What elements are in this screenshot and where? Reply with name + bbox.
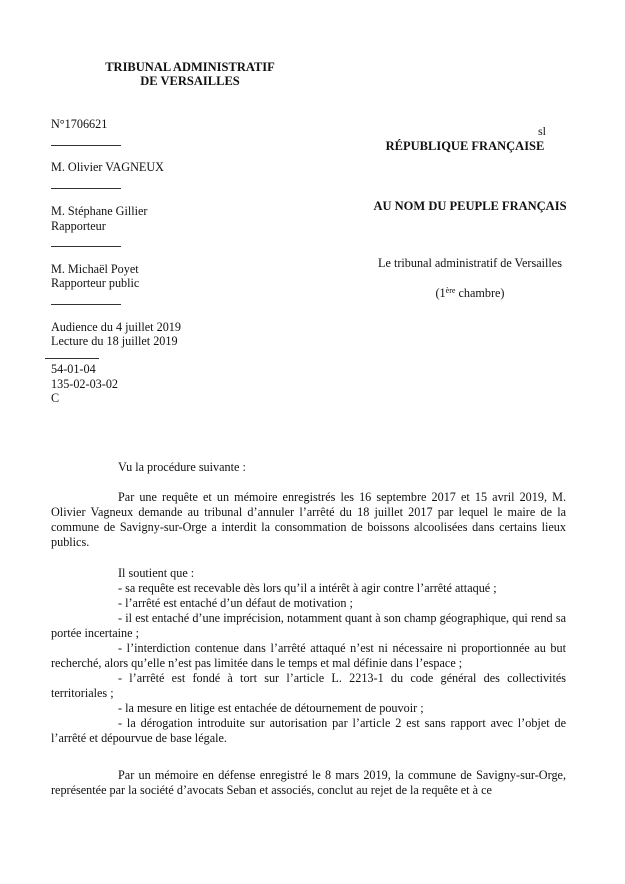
rapporteur-name: M. Stéphane Gillier — [51, 204, 147, 219]
classification-code-1: 54-01-04 — [51, 362, 96, 377]
claim-item: - l’interdiction contenue dans l’arrêté … — [51, 641, 566, 671]
claim-item: - la dérogation introduite sur autorisat… — [51, 716, 566, 746]
tribunal-name: Le tribunal administratif de Versailles — [340, 256, 600, 271]
claim-item: - la mesure en litige est entachée de dé… — [51, 701, 566, 716]
classification-code-2: 135-02-03-02 — [51, 377, 118, 392]
claim-item: - l’arrêté est fondé à tort sur l’articl… — [51, 671, 566, 701]
claims-intro: Il soutient que : — [51, 566, 566, 581]
claim-item: - il est entaché d’une imprécision, nota… — [51, 611, 566, 641]
court-name-line2: DE VERSAILLES — [60, 74, 320, 88]
request-paragraph: Par une requête et un mémoire enregistré… — [51, 490, 566, 550]
initials-mark: sl — [538, 124, 546, 139]
republic-title: RÉPUBLIQUE FRANÇAISE — [340, 139, 590, 154]
defense-section: Par un mémoire en défense enregistré le … — [51, 768, 566, 798]
claim-item: - l’arrêté est entaché d’un défaut de mo… — [51, 596, 566, 611]
case-number: N°1706621 — [51, 117, 107, 132]
chamber-suffix: chambre) — [455, 286, 504, 300]
claim-item: - sa requête est recevable dès lors qu’i… — [51, 581, 566, 596]
rapporteur-role: Rapporteur — [51, 219, 106, 234]
chamber: (1ère chambre) — [340, 286, 600, 301]
procedure-heading: Vu la procédure suivante : — [51, 460, 566, 475]
reading-date: Lecture du 18 juillet 2019 — [51, 334, 178, 349]
chamber-prefix: (1 — [436, 286, 446, 300]
chamber-ordinal: ère — [446, 286, 456, 295]
separator — [51, 145, 121, 146]
separator — [51, 246, 121, 247]
procedure-section: Vu la procédure suivante : Par une requê… — [51, 460, 566, 746]
defense-paragraph: Par un mémoire en défense enregistré le … — [51, 768, 566, 798]
court-name: TRIBUNAL ADMINISTRATIF DE VERSAILLES — [60, 60, 320, 88]
separator — [51, 188, 121, 189]
court-name-line1: TRIBUNAL ADMINISTRATIF — [60, 60, 320, 74]
applicant: M. Olivier VAGNEUX — [51, 160, 164, 175]
classification-code-3: C — [51, 391, 59, 406]
hearing-date: Audience du 4 juillet 2019 — [51, 320, 181, 335]
separator — [45, 358, 99, 359]
public-rapporteur-name: M. Michaël Poyet — [51, 262, 139, 277]
people-title: AU NOM DU PEUPLE FRANÇAIS — [340, 199, 600, 214]
public-rapporteur-role: Rapporteur public — [51, 276, 139, 291]
separator — [51, 304, 121, 305]
